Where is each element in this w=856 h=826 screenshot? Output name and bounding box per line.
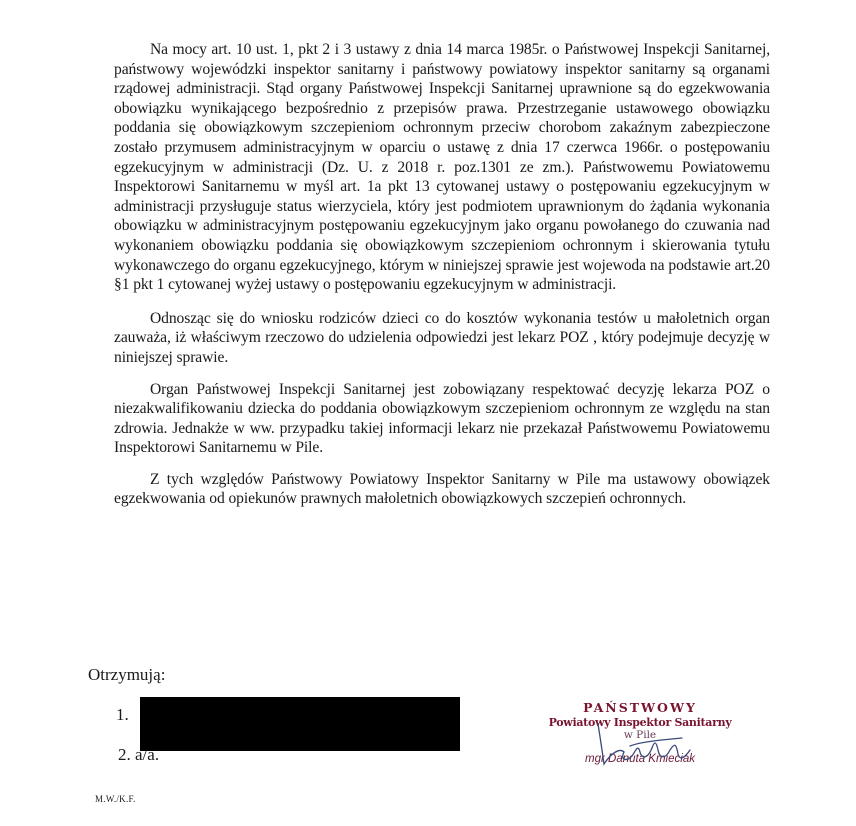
paragraph-legal-basis: Na mocy art. 10 ust. 1, pkt 2 i 3 ustawy…: [114, 40, 770, 295]
paragraph-poz-decision: Organ Państwowej Inspekcji Sanitarnej je…: [114, 380, 770, 458]
author-initials: M.W./K.F.: [95, 794, 136, 804]
recipient-item-1: 1.: [116, 705, 129, 725]
handwritten-signature-icon: [590, 722, 710, 772]
redaction-block: [140, 697, 460, 751]
letter-body: Na mocy art. 10 ust. 1, pkt 2 i 3 ustawy…: [114, 40, 770, 521]
paragraph-conclusion: Z tych względów Państwowy Powiatowy Insp…: [114, 470, 770, 509]
recipient-number: 2.: [118, 745, 131, 764]
stamp-line-1: PAŃSTWOWY: [540, 700, 740, 715]
recipients-title: Otrzymują:: [88, 665, 165, 685]
document-page: Na mocy art. 10 ust. 1, pkt 2 i 3 ustawy…: [0, 0, 856, 826]
recipient-number: 1.: [116, 705, 129, 724]
paragraph-test-costs: Odnosząc się do wniosku rodziców dzieci …: [114, 309, 770, 368]
